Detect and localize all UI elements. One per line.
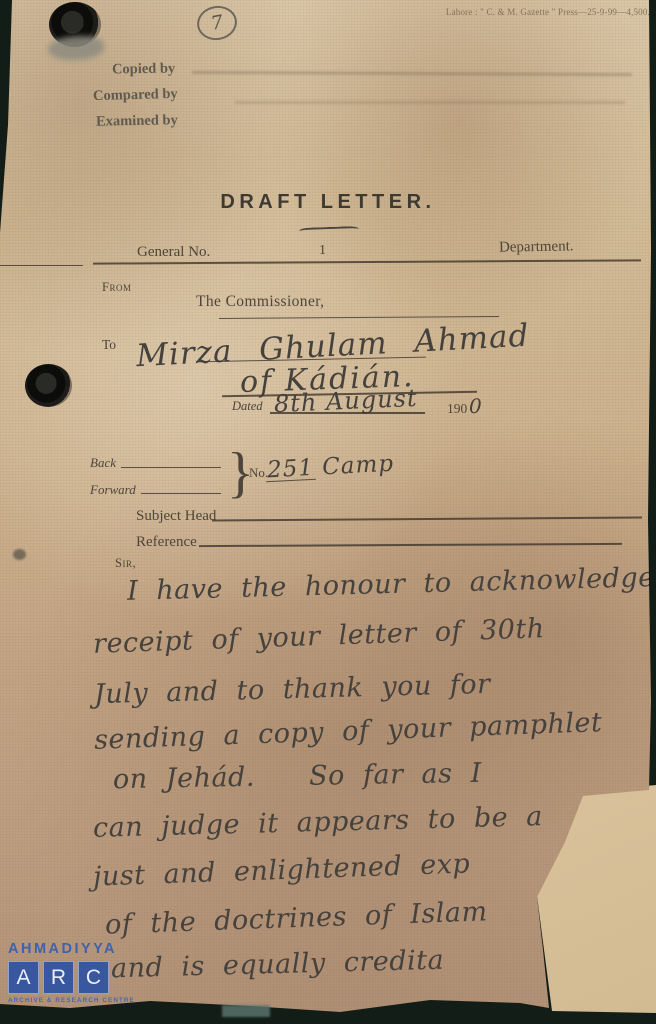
from-label: From <box>102 280 131 295</box>
form-rule <box>121 467 221 468</box>
number-value-handwritten: 251 Camp <box>266 451 394 484</box>
letter-body-line: just and enlightened exp <box>93 848 471 892</box>
printer-imprint-line: Lahore : " C. & M. Gazette " Press—25-9-… <box>320 7 650 17</box>
scanned-document: 7 Lahore : " C. & M. Gazette " Press—25-… <box>0 0 656 1024</box>
paint-smudge <box>222 1005 270 1017</box>
from-value: The Commissioner, <box>196 293 324 311</box>
general-no-value: 1 <box>319 243 326 259</box>
form-rule <box>0 265 83 266</box>
general-no-label: General No. <box>137 244 210 261</box>
year-printed: 190 <box>447 401 467 417</box>
form-rule <box>219 316 499 319</box>
letter-body-line: sending a copy of your pamphlet <box>94 707 603 756</box>
archive-logo-letters: A R C <box>8 961 135 994</box>
letter-body-line: receipt of your letter of 30th <box>93 613 546 660</box>
archive-logo-letter: R <box>43 961 74 994</box>
letter-body-line: I have the honour to acknowledge <box>127 562 655 607</box>
reference-label: Reference <box>136 534 197 551</box>
forward-label: Forward <box>90 482 136 498</box>
stamp-copied-by: Copied by <box>112 60 176 78</box>
archive-logo: AHMADIYYA A R C ARCHIVE & RESEARCH CENTR… <box>8 941 135 1004</box>
form-rule <box>141 493 221 494</box>
letter-body-line: of the doctrines of Islam <box>105 896 489 940</box>
letter-body-line: on Jehád. So far as I <box>113 758 482 795</box>
pencil-streak <box>235 101 625 104</box>
no-label: No. <box>249 465 268 481</box>
salutation: Sir, <box>115 556 136 571</box>
letter-body-line: July and to thank you for <box>94 669 491 710</box>
form-title: DRAFT LETTER. <box>0 191 656 214</box>
archive-logo-tagline: ARCHIVE & RESEARCH CENTRE <box>8 997 135 1004</box>
to-label: To <box>102 337 116 353</box>
form-rule <box>212 516 642 521</box>
ink-smudge <box>48 36 104 60</box>
letter-body-line: and is equally credita <box>111 945 445 985</box>
dated-label: Dated <box>232 399 263 414</box>
back-label: Back <box>90 455 116 471</box>
archive-logo-org: AHMADIYYA <box>8 941 135 957</box>
department-label: Department. <box>499 238 574 256</box>
title-ornament-rule <box>299 226 359 234</box>
punch-hole-middle <box>25 364 72 407</box>
subject-head-label: Subject Head <box>136 508 216 525</box>
stamp-compared-by: Compared by <box>93 86 178 105</box>
pencil-streak <box>192 71 632 76</box>
ink-spot <box>13 549 26 560</box>
archive-logo-letter: A <box>8 961 39 994</box>
form-rule <box>270 412 425 414</box>
archive-logo-letter: C <box>78 961 109 994</box>
page-number-circled: 7 <box>194 3 239 43</box>
form-rule <box>199 543 622 547</box>
page-number: 7 <box>209 11 225 35</box>
letter-body-line: can judge it appears to be a <box>93 801 544 844</box>
year-digit-handwritten: 0 <box>469 394 482 418</box>
stamp-examined-by: Examined by <box>96 112 178 130</box>
